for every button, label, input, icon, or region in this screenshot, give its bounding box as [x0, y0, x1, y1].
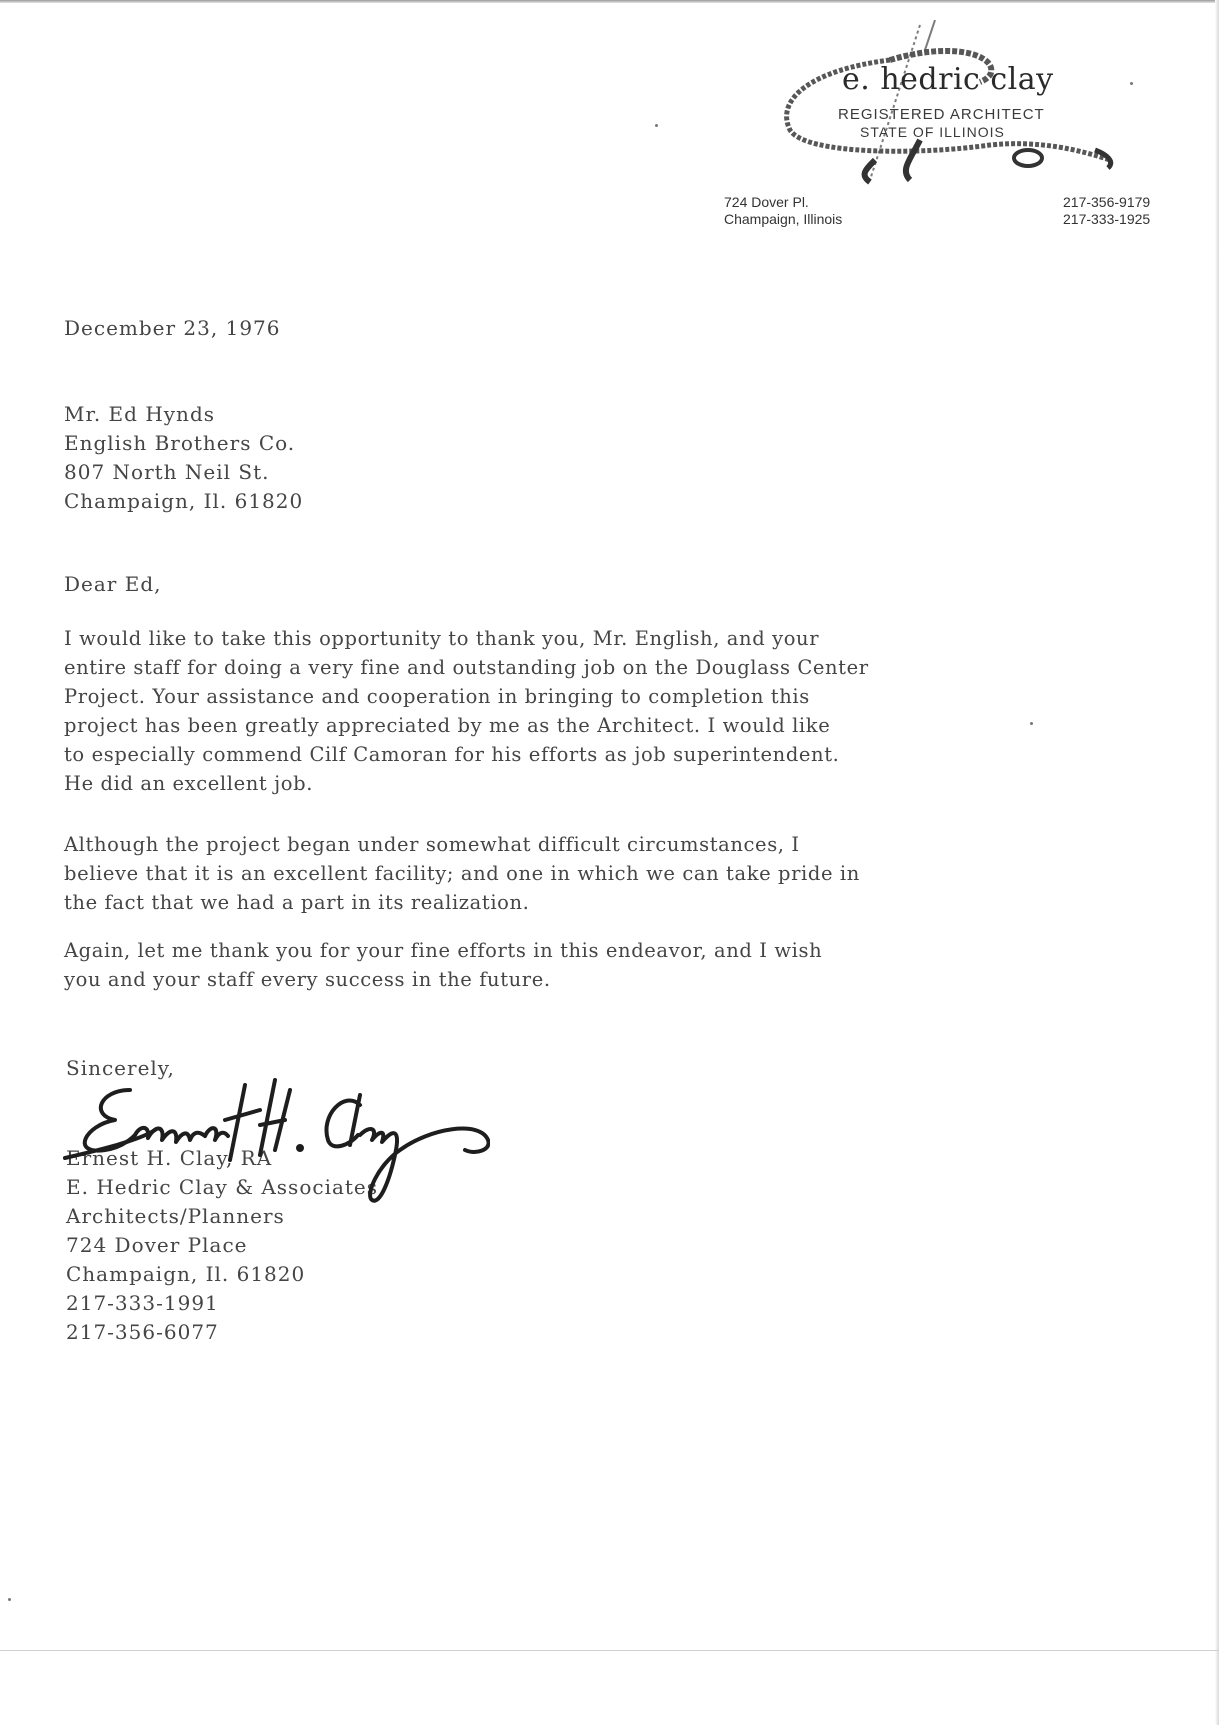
scan-speck: [1030, 722, 1033, 725]
letterhead-phones: 217-356-9179 217-333-1925: [1063, 194, 1150, 228]
scan-speck: [8, 1598, 11, 1601]
body-line: He did an excellent job.: [64, 769, 1024, 798]
body-line: project has been greatly appreciated by …: [64, 711, 1024, 740]
page-edge-right: [1215, 0, 1219, 1725]
scan-speck: [655, 124, 658, 127]
letter-date: December 23, 1976: [64, 316, 281, 340]
letterhead-address: 724 Dover Pl. Champaign, Illinois: [724, 194, 842, 228]
body-line: Project. Your assistance and cooperation…: [64, 682, 1024, 711]
salutation: Dear Ed,: [64, 572, 161, 596]
recipient-company: English Brothers Co.: [64, 429, 303, 458]
body-line: I would like to take this opportunity to…: [64, 624, 1024, 653]
stamp-registered-architect: REGISTERED ARCHITECT: [838, 106, 1045, 123]
recipient-address: Mr. Ed Hynds English Brothers Co. 807 No…: [64, 400, 303, 516]
letterhead-stamp: e. hedric clay REGISTERED ARCHITECT STAT…: [770, 20, 1130, 190]
architect-seal-stamp-icon: [770, 20, 1130, 190]
body-line: you and your staff every success in the …: [64, 965, 1024, 994]
stamp-state: STATE OF ILLINOIS: [860, 124, 1005, 140]
recipient-name: Mr. Ed Hynds: [64, 400, 303, 429]
letterhead-phone1: 217-356-9179: [1063, 194, 1150, 211]
body-line: the fact that we had a part in its reali…: [64, 888, 1024, 917]
handwritten-signature: [60, 1070, 490, 1225]
body-line: entire staff for doing a very fine and o…: [64, 653, 1024, 682]
recipient-street: 807 North Neil St.: [64, 458, 303, 487]
signature-icon: [60, 1070, 490, 1220]
recipient-city: Champaign, Il. 61820: [64, 487, 303, 516]
body-line: Again, let me thank you for your fine ef…: [64, 936, 1024, 965]
letterhead-phone2: 217-333-1925: [1063, 211, 1150, 228]
signer-phone1: 217-333-1991: [66, 1289, 378, 1318]
signer-city: Champaign, Il. 61820: [66, 1260, 378, 1289]
signer-phone2: 217-356-6077: [66, 1318, 378, 1347]
page-edge-top: [0, 0, 1219, 3]
body-paragraph-2: Although the project began under somewha…: [64, 830, 1024, 917]
body-paragraph-3: Again, let me thank you for your fine ef…: [64, 936, 1024, 994]
letterhead-address-line2: Champaign, Illinois: [724, 211, 842, 228]
signer-street: 724 Dover Place: [66, 1231, 378, 1260]
page-edge-bottom: [0, 1650, 1219, 1651]
scan-speck: [1130, 82, 1133, 85]
body-line: Although the project began under somewha…: [64, 830, 1024, 859]
body-line: believe that it is an excellent facility…: [64, 859, 1024, 888]
body-line: to especially commend Cilf Camoran for h…: [64, 740, 1024, 769]
body-paragraph-1: I would like to take this opportunity to…: [64, 624, 1024, 798]
stamp-firm-name: e. hedric clay: [842, 62, 1054, 97]
letterhead-address-line1: 724 Dover Pl.: [724, 194, 842, 211]
